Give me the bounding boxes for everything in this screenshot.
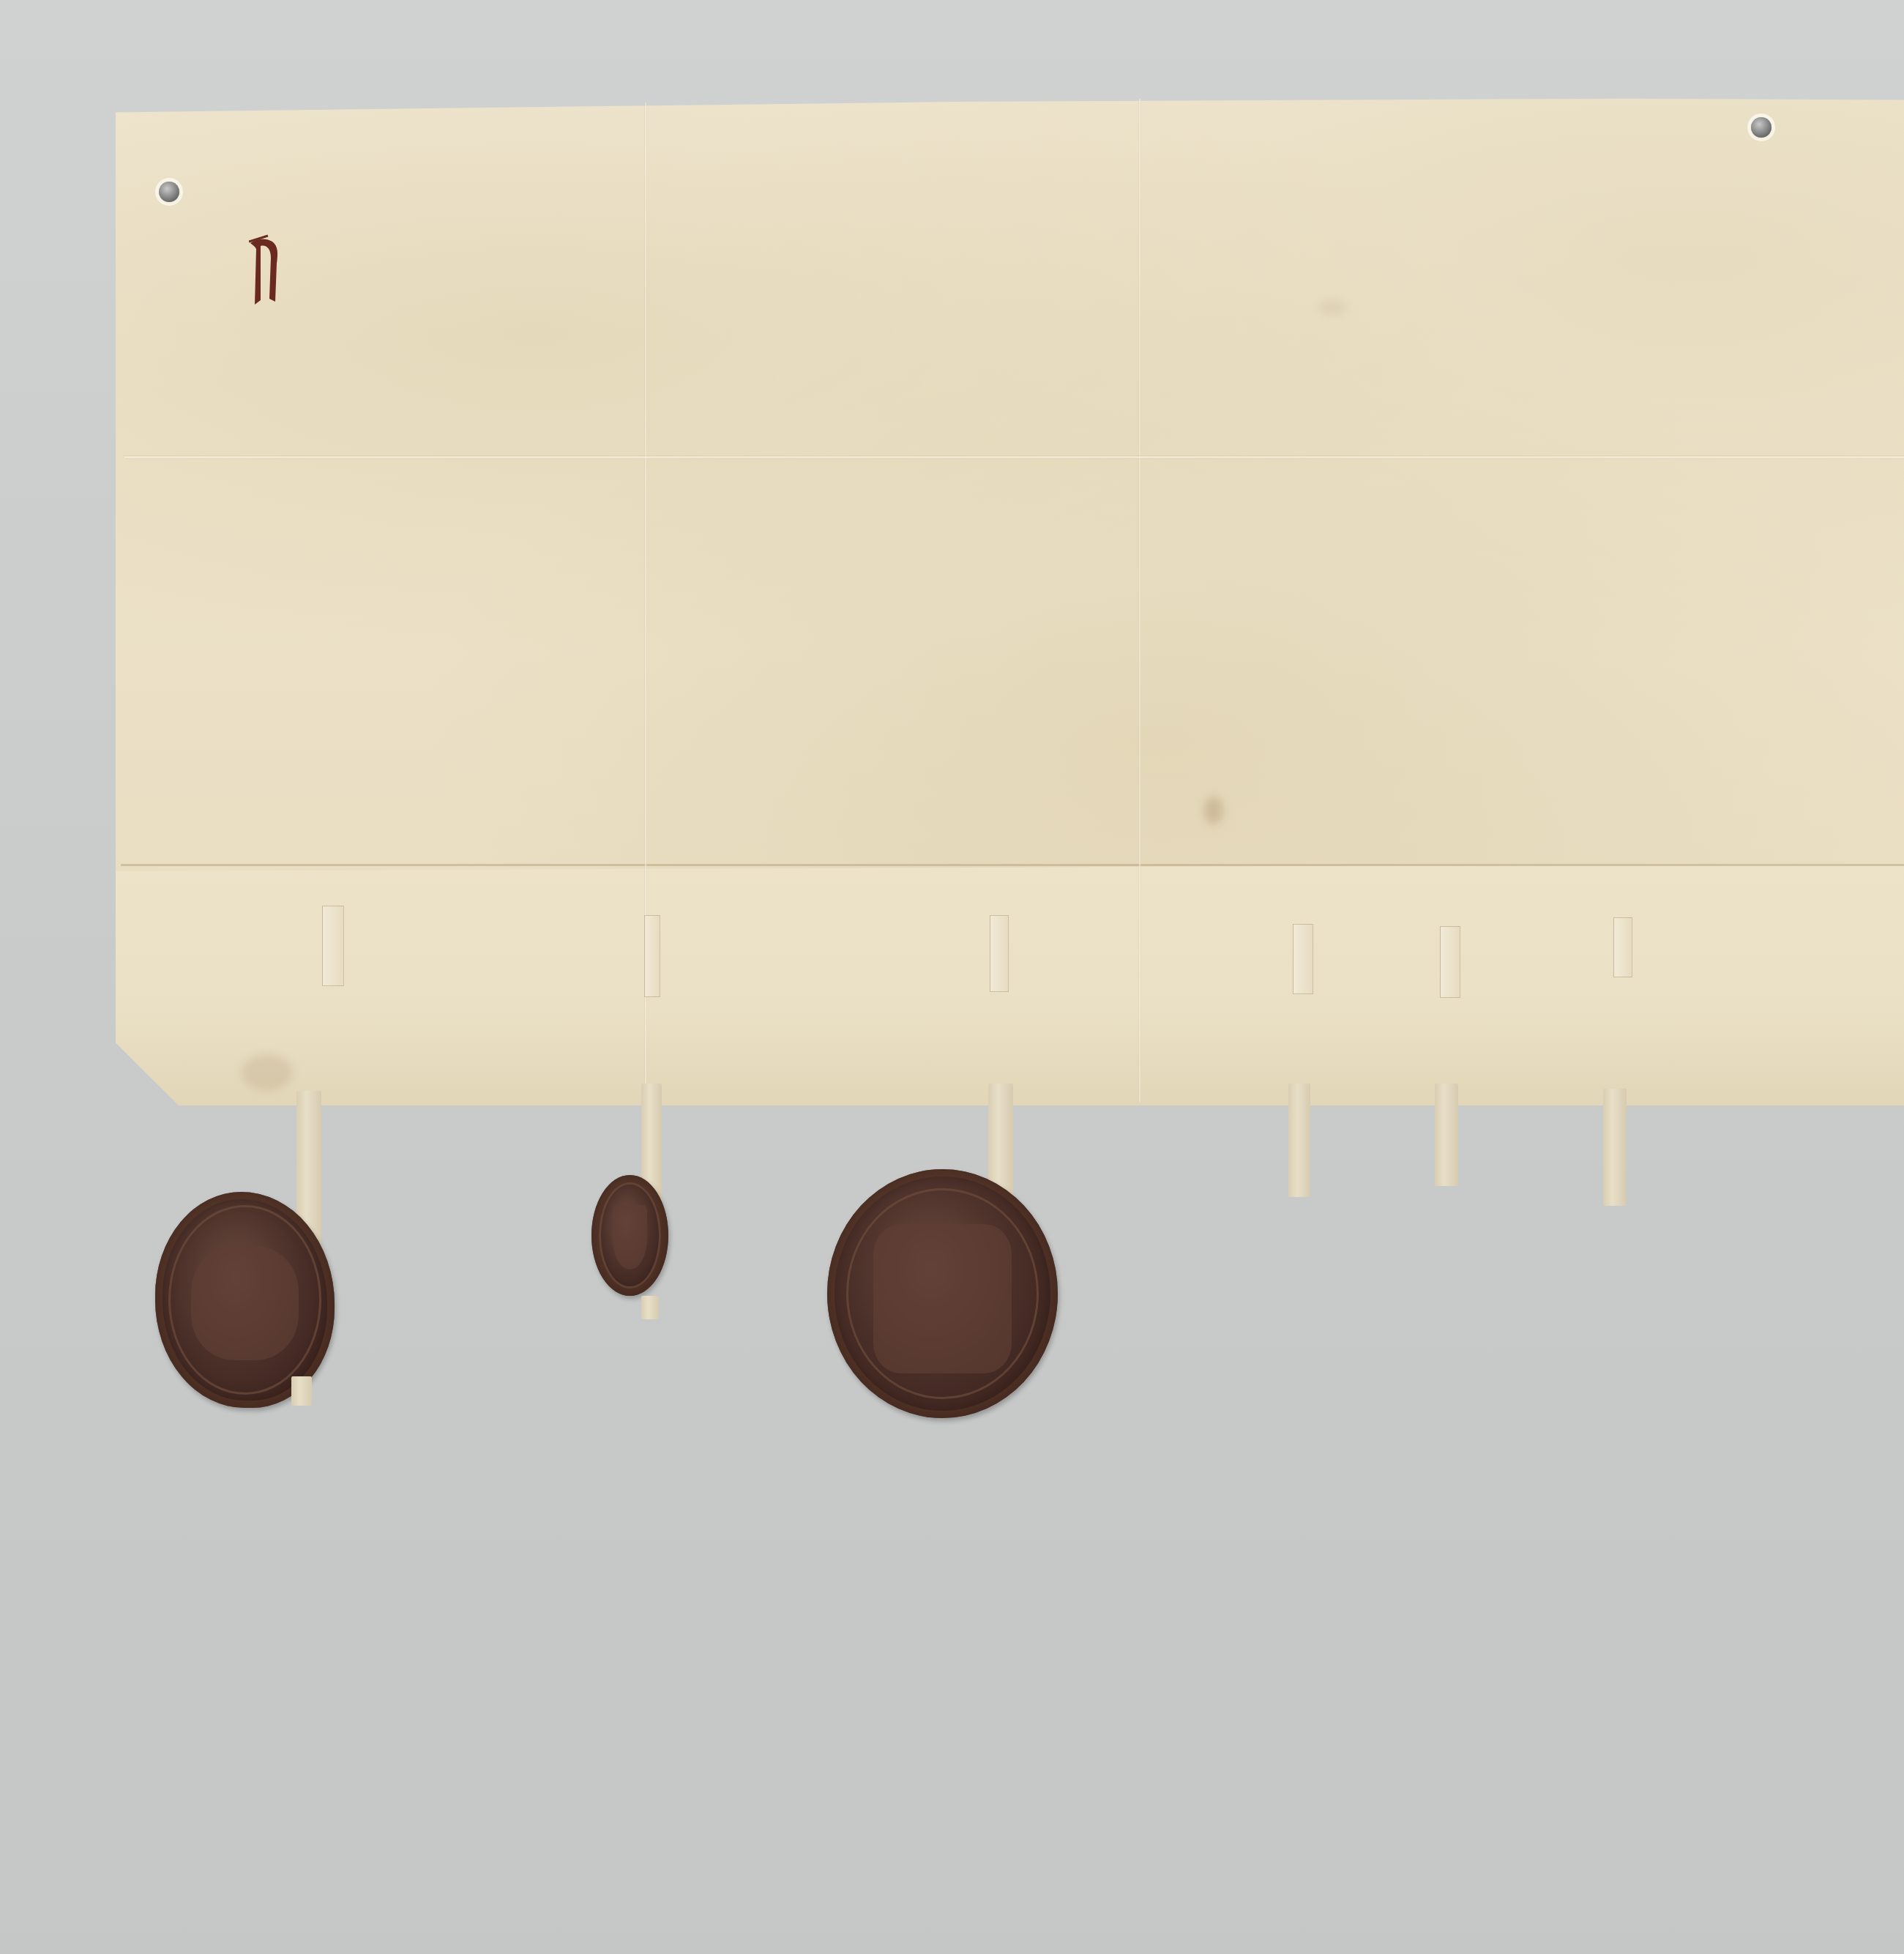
seal-strap	[1435, 1084, 1458, 1186]
strap-slot	[990, 915, 1009, 992]
stain	[242, 1054, 293, 1091]
parchment-plica-fold	[116, 864, 1904, 1105]
vertical-fold-crease	[1138, 99, 1141, 1102]
parchment-sheet	[116, 93, 1904, 898]
strap-slot	[1293, 924, 1313, 994]
small-shield-seal-icon	[591, 1175, 668, 1296]
strap-slot	[644, 915, 660, 997]
strap-slot	[1613, 917, 1632, 977]
town-seal-icon	[827, 1169, 1058, 1418]
plica-fold-line	[121, 864, 1904, 866]
mounting-pin-icon	[1751, 117, 1772, 138]
mounting-pin-icon	[159, 182, 179, 202]
seal-strap-end	[641, 1296, 659, 1319]
strap-slot	[1440, 926, 1460, 998]
seal-strap-end	[291, 1376, 312, 1406]
decorated-initial-n-icon	[249, 228, 287, 307]
ink-stain	[1204, 797, 1223, 824]
horizontal-fold-crease	[124, 455, 1904, 459]
stain	[1318, 300, 1347, 315]
seal-strap	[1603, 1089, 1627, 1206]
strap-slot	[322, 906, 344, 986]
seal-strap	[1288, 1084, 1310, 1197]
